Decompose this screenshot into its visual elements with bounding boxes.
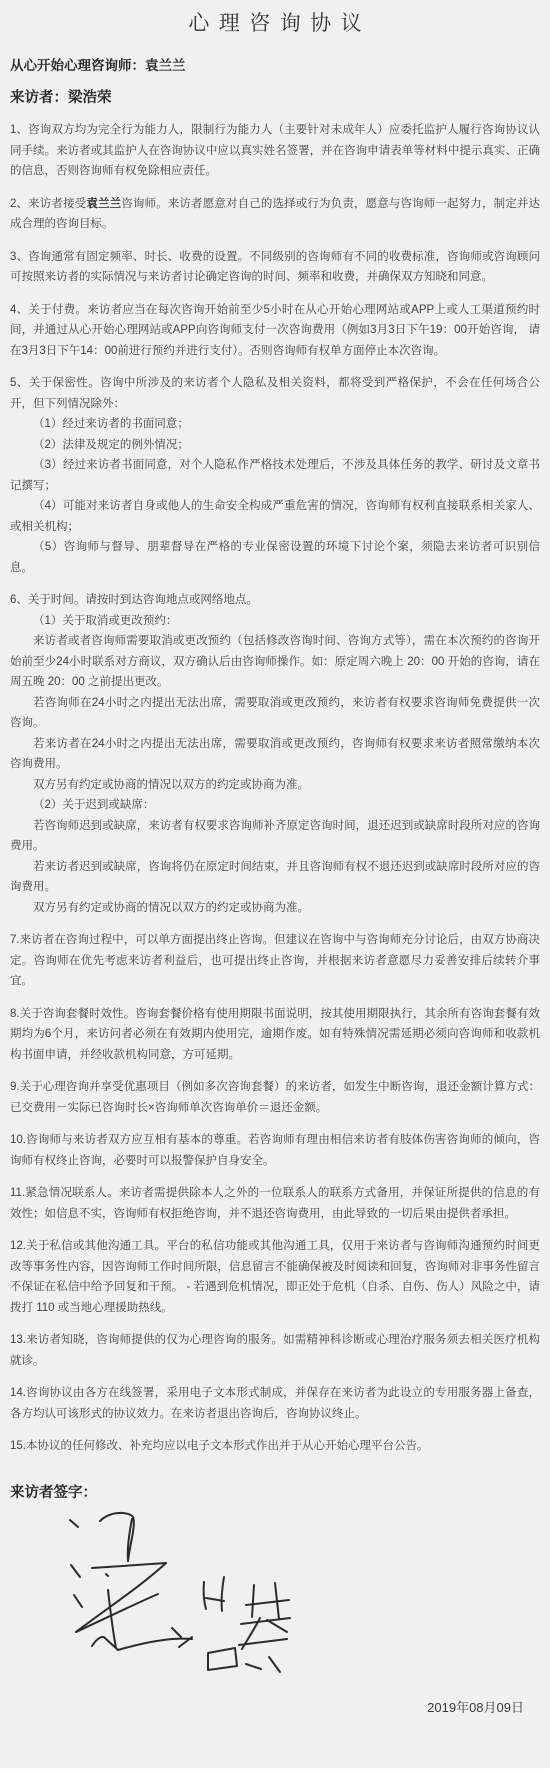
clause-paragraph: 双方另有约定或协商的情况以双方的约定或协商为准。 — [10, 898, 540, 919]
clause-paragraph: 12.关于私信或其他沟通工具。平台的私信功能或其他沟通工具，仅用于来访者与咨询师… — [10, 1236, 540, 1318]
signature-area — [10, 1502, 540, 1697]
clause-paragraph: （5）咨询师与督导、朋辈督导在严格的专业保密设置的环境下讨论个案，须隐去来访者可… — [10, 537, 540, 578]
counselor-name: 袁兰兰 — [145, 58, 186, 73]
page-title: 心理咨询协议 — [10, 0, 540, 37]
clause-paragraph: 若来访者迟到或缺席，咨询将仍在原定时间结束，并且咨询师有权不退还迟到或缺席时段所… — [10, 857, 540, 898]
clause-paragraph: （1）经过来访者的书面同意； — [10, 414, 540, 435]
visitor-name: 梁浩荣 — [68, 90, 112, 106]
clause-paragraph: （2）关于迟到或缺席： — [10, 795, 540, 816]
clause-paragraph: 4、关于付费。来访者应当在每次咨询开始前至少5小时在从心开始心理网站或APP上或… — [10, 300, 540, 362]
clause-paragraph: （4）可能对来访者自身或他人的生命安全构成严重危害的情况，咨询师有权利直接联系相… — [10, 496, 540, 537]
clause-paragraph: 若咨询师在24小时之内提出无法出席，需要取消或更改预约，来访者有权要求咨询师免费… — [10, 693, 540, 734]
clause-paragraph: 11.紧急情况联系人。来访者需提供除本人之外的一位联系人的联系方式备用，并保证所… — [10, 1183, 540, 1224]
counselor-label: 从心开始心理咨询师： — [10, 58, 145, 73]
clause-paragraph: （2）法律及规定的例外情况； — [10, 435, 540, 456]
clause-paragraph: 10.咨询师与来访者双方应互相有基本的尊重。若咨询师有理由相信来访者有肢体伤害咨… — [10, 1130, 540, 1171]
clause-paragraph: 若来访者在24小时之内提出无法出席，需要取消或更改预约，咨询师有权要求来访者照常… — [10, 734, 540, 775]
signature-label: 来访者签字： — [10, 1481, 540, 1502]
clause-paragraph: 2、来访者接受袁兰兰咨询师。来访者愿意对自己的选择或行为负责，愿意与咨询师一起努… — [10, 194, 540, 235]
clause-paragraph: 8.关于咨询套餐时效性。咨询套餐价格有使用期限书面说明，按其使用期限执行，其余所… — [10, 1004, 540, 1066]
visitor-label: 来访者： — [10, 90, 68, 106]
clause-paragraph: （1）关于取消或更改预约： — [10, 611, 540, 632]
clause-paragraph: 1、咨询双方均为完全行为能力人，限制行为能力人（主要针对未成年人）应委托监护人履… — [10, 120, 540, 182]
agreement-page: 心理咨询协议 从心开始心理咨询师：袁兰兰 来访者：梁浩荣 1、咨询双方均为完全行… — [0, 0, 550, 1774]
clause-paragraph: 5、关于保密性。咨询中所涉及的来访者个人隐私及相关资料，都将受到严格保护，不会在… — [10, 373, 540, 414]
signature-date: 2019年08月09日 — [10, 1697, 540, 1716]
clause-paragraph: 15.本协议的任何修改、补充均应以电子文本形式作出并于从心开始心理平台公告。 — [10, 1436, 540, 1457]
clause-paragraph: （3）经过来访者书面同意，对个人隐私作严格技术处理后，不涉及具体任务的教学、研讨… — [10, 455, 540, 496]
clause-paragraph: 来访者或者咨询师需要取消或更改预约（包括修改咨询时间、咨询方式等），需在本次预约… — [10, 631, 540, 693]
clause-paragraph: 13.来访者知晓，咨询师提供的仅为心理咨询的服务。如需精神科诊断或心理治疗服务须… — [10, 1330, 540, 1371]
clauses-list: 1、咨询双方均为完全行为能力人，限制行为能力人（主要针对未成年人）应委托监护人履… — [10, 120, 540, 1457]
clause-paragraph: 9.关于心理咨询并享受优惠项目（例如多次咨询套餐）的来访者，如发生中断咨询，退还… — [10, 1077, 540, 1118]
clause-paragraph: 3、咨询通常有固定频率、时长、收费的设置。不同级别的咨询师有不同的收费标准，咨询… — [10, 247, 540, 288]
clause-paragraph: 7.来访者在咨询过程中，可以单方面提出终止咨询。但建议在咨询中与咨询师充分讨论后… — [10, 930, 540, 992]
visitor-line: 来访者：梁浩荣 — [10, 86, 540, 107]
clause-paragraph: 双方另有约定或协商的情况以双方的约定或协商为准。 — [10, 775, 540, 796]
visitor-signature-drawing — [40, 1506, 320, 1696]
counselor-line: 从心开始心理咨询师：袁兰兰 — [10, 54, 540, 74]
clause-paragraph: 若咨询师迟到或缺席，来访者有权要求咨询师补齐原定咨询时间，退还迟到或缺席时段所对… — [10, 816, 540, 857]
clause-paragraph: 6、关于时间。请按时到达咨询地点或网络地点。 — [10, 590, 540, 611]
bottom-divider — [0, 1768, 550, 1774]
clause-paragraph: 14.咨询协议由各方在线签署，采用电子文本形式制成，并保存在来访者为此设立的专用… — [10, 1383, 540, 1424]
agreement-content: 心理咨询协议 从心开始心理咨询师：袁兰兰 来访者：梁浩荣 1、咨询双方均为完全行… — [0, 0, 550, 1716]
